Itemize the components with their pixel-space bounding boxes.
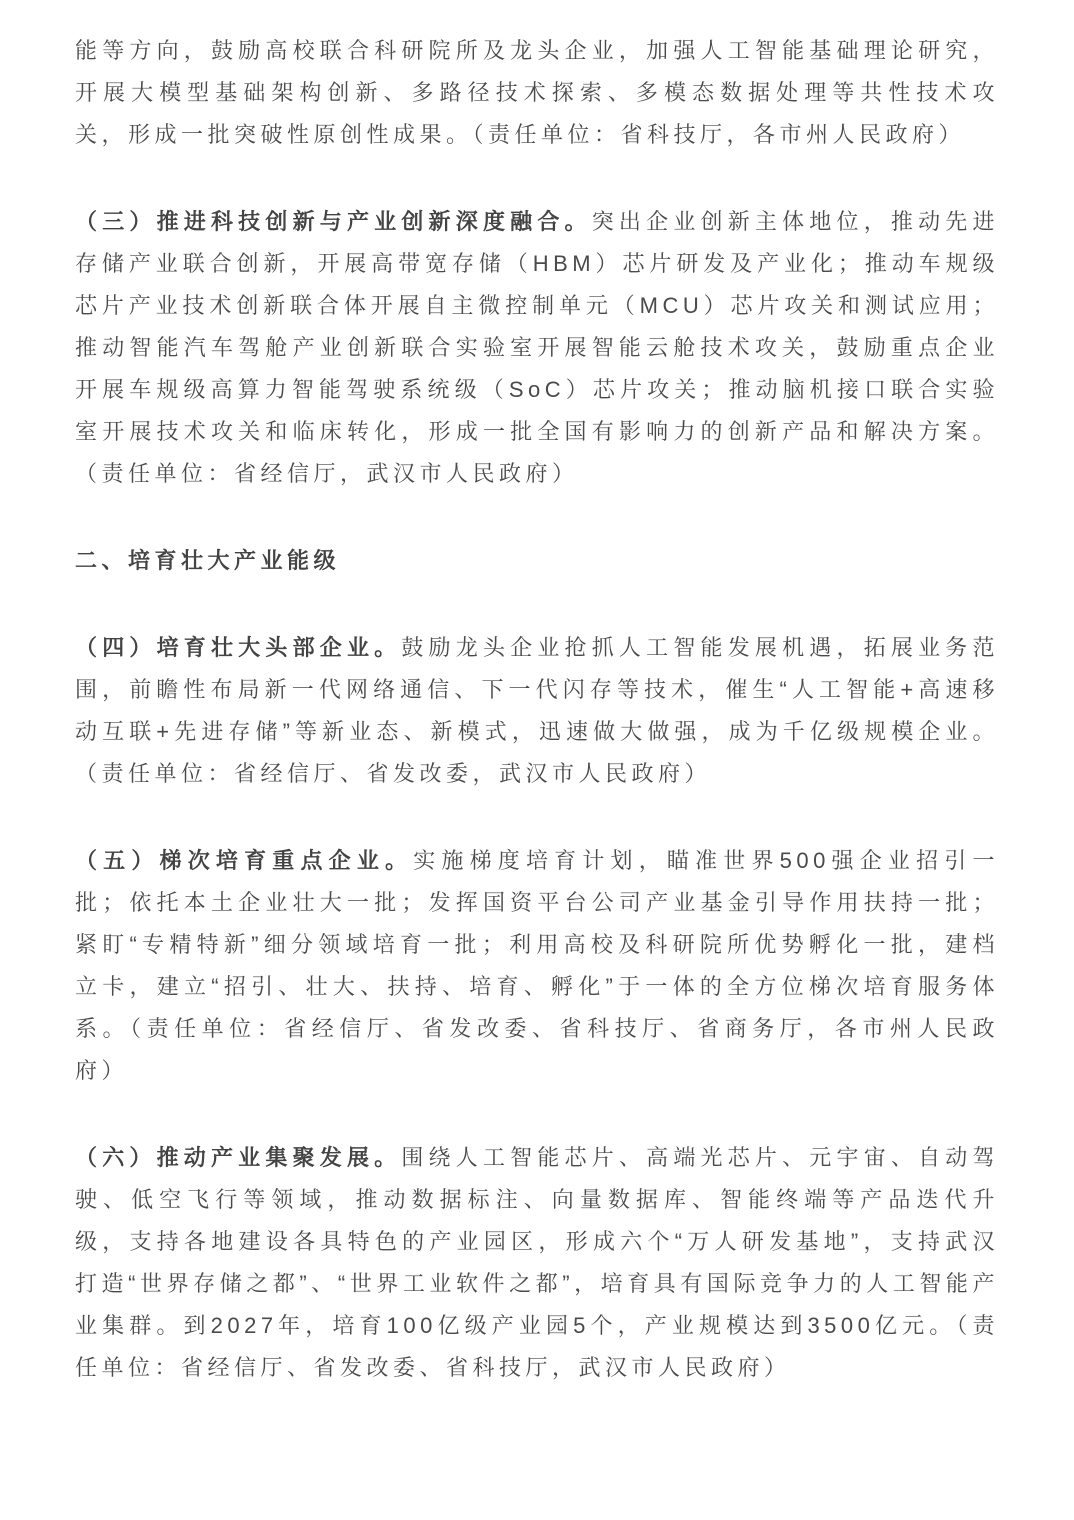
paragraph-lead: （五）梯次培育重点企业。 bbox=[75, 848, 413, 873]
paragraph: （五）梯次培育重点企业。实施梯度培育计划，瞄准世界500强企业招引一批；依托本土… bbox=[75, 840, 999, 1092]
paragraph-text: 围绕人工智能芯片、高端光芯片、元宇宙、自动驾驶、低空飞行等领域，推动数据标注、向… bbox=[75, 1145, 999, 1380]
paragraph-list: 能等方向，鼓励高校联合科研院所及龙头企业，加强人工智能基础理论研究，开展大模型基… bbox=[75, 30, 999, 1389]
document-body: 能等方向，鼓励高校联合科研院所及龙头企业，加强人工智能基础理论研究，开展大模型基… bbox=[0, 0, 1074, 1389]
paragraph-text: 实施梯度培育计划，瞄准世界500强企业招引一批；依托本土企业壮大一批；发挥国资平… bbox=[75, 848, 999, 1083]
paragraph: （四）培育壮大头部企业。鼓励龙头企业抢抓人工智能发展机遇，拓展业务范围，前瞻性布… bbox=[75, 627, 999, 795]
section-heading: 二、培育壮大产业能级 bbox=[75, 540, 999, 582]
paragraph-lead: （六）推动产业集聚发展。 bbox=[75, 1145, 401, 1170]
paragraph: （三）推进科技创新与产业创新深度融合。突出企业创新主体地位，推动先进存储产业联合… bbox=[75, 201, 999, 495]
paragraph: 能等方向，鼓励高校联合科研院所及龙头企业，加强人工智能基础理论研究，开展大模型基… bbox=[75, 30, 999, 156]
paragraph-lead: （三）推进科技创新与产业创新深度融合。 bbox=[75, 209, 592, 234]
paragraph-text: 能等方向，鼓励高校联合科研院所及龙头企业，加强人工智能基础理论研究，开展大模型基… bbox=[75, 38, 999, 147]
paragraph-lead: （四）培育壮大头部企业。 bbox=[75, 635, 401, 660]
paragraph: （六）推动产业集聚发展。围绕人工智能芯片、高端光芯片、元宇宙、自动驾驶、低空飞行… bbox=[75, 1137, 999, 1389]
paragraph-text: 突出企业创新主体地位，推动先进存储产业联合创新，开展高带宽存储（HBM）芯片研发… bbox=[75, 209, 999, 486]
section-heading-text: 二、培育壮大产业能级 bbox=[75, 548, 340, 573]
